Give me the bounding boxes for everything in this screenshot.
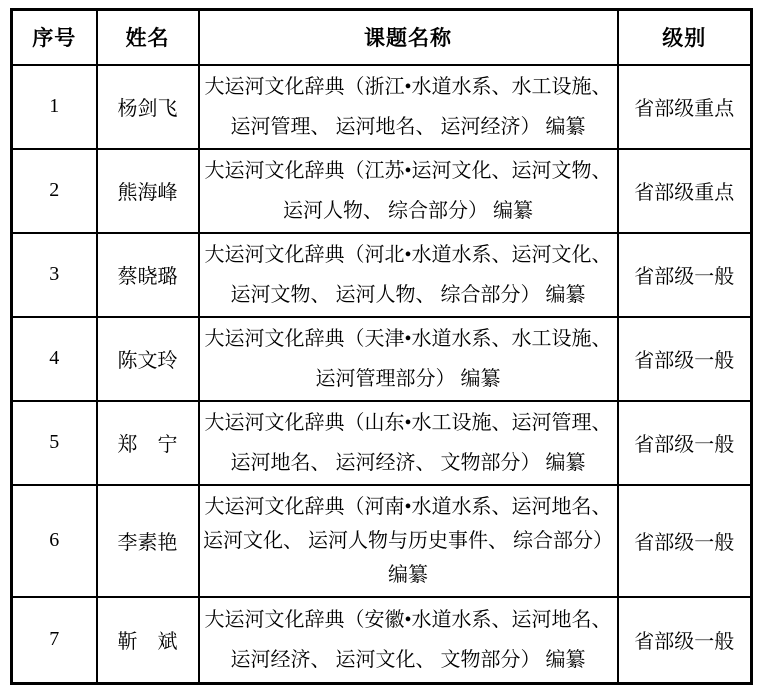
row-number-cell: 6: [12, 485, 97, 597]
col-header-name: 姓名: [97, 10, 199, 65]
project-title-cell: 大运河文化辞典（江苏•运河文化、运河文物、 运河人物、 综合部分） 编纂: [199, 149, 618, 233]
name-cell: 杨剑飞: [97, 65, 199, 149]
level-cell: 省部级重点: [618, 65, 752, 149]
project-title-cell: 大运河文化辞典（安徽•水道水系、运河地名、 运河经济、 运河文化、 文物部分） …: [199, 597, 618, 684]
col-header-title: 课题名称: [199, 10, 618, 65]
level-cell: 省部级一般: [618, 233, 752, 317]
level-cell: 省部级一般: [618, 401, 752, 485]
project-title-cell: 大运河文化辞典（山东•水工设施、运河管理、 运河地名、 运河经济、 文物部分） …: [199, 401, 618, 485]
name-cell: 熊海峰: [97, 149, 199, 233]
level-cell: 省部级一般: [618, 597, 752, 684]
project-title-cell: 大运河文化辞典（河北•水道水系、运河文化、 运河文物、 运河人物、 综合部分） …: [199, 233, 618, 317]
level-cell: 省部级重点: [618, 149, 752, 233]
project-title-cell: 大运河文化辞典（浙江•水道水系、水工设施、 运河管理、 运河地名、 运河经济） …: [199, 65, 618, 149]
table-row: 2 熊海峰 大运河文化辞典（江苏•运河文化、运河文物、 运河人物、 综合部分） …: [12, 149, 752, 233]
row-number-cell: 4: [12, 317, 97, 401]
col-header-level: 级别: [618, 10, 752, 65]
row-number-cell: 2: [12, 149, 97, 233]
col-header-number: 序号: [12, 10, 97, 65]
name-cell: 郑 宁: [97, 401, 199, 485]
level-cell: 省部级一般: [618, 317, 752, 401]
project-title-cell: 大运河文化辞典（天津•水道水系、水工设施、 运河管理部分） 编纂: [199, 317, 618, 401]
name-cell: 陈文玲: [97, 317, 199, 401]
document-page: 序号 姓名 课题名称 级别 1 杨剑飞 大运河文化辞典（浙江•水道水系、水工设施…: [0, 0, 758, 693]
table-row: 5 郑 宁 大运河文化辞典（山东•水工设施、运河管理、 运河地名、 运河经济、 …: [12, 401, 752, 485]
table-row: 3 蔡晓璐 大运河文化辞典（河北•水道水系、运河文化、 运河文物、 运河人物、 …: [12, 233, 752, 317]
row-number-cell: 7: [12, 597, 97, 684]
table-row: 4 陈文玲 大运河文化辞典（天津•水道水系、水工设施、 运河管理部分） 编纂 省…: [12, 317, 752, 401]
level-cell: 省部级一般: [618, 485, 752, 597]
name-cell: 蔡晓璐: [97, 233, 199, 317]
table-header-row: 序号 姓名 课题名称 级别: [12, 10, 752, 65]
project-title-cell: 大运河文化辞典（河南•水道水系、运河地名、 运河文化、 运河人物与历史事件、 综…: [199, 485, 618, 597]
row-number-cell: 3: [12, 233, 97, 317]
name-cell: 靳 斌: [97, 597, 199, 684]
table-row: 6 李素艳 大运河文化辞典（河南•水道水系、运河地名、 运河文化、 运河人物与历…: [12, 485, 752, 597]
row-number-cell: 1: [12, 65, 97, 149]
project-table: 序号 姓名 课题名称 级别 1 杨剑飞 大运河文化辞典（浙江•水道水系、水工设施…: [10, 8, 753, 685]
table-row: 7 靳 斌 大运河文化辞典（安徽•水道水系、运河地名、 运河经济、 运河文化、 …: [12, 597, 752, 684]
name-cell: 李素艳: [97, 485, 199, 597]
table-row: 1 杨剑飞 大运河文化辞典（浙江•水道水系、水工设施、 运河管理、 运河地名、 …: [12, 65, 752, 149]
row-number-cell: 5: [12, 401, 97, 485]
